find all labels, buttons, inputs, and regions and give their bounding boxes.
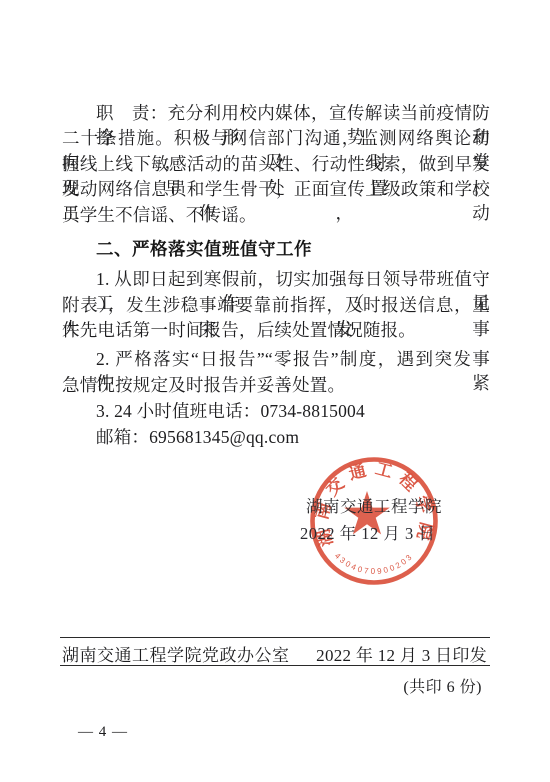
page-number: — 4 — [78,724,128,741]
document-page: 职 责：充分利用校内媒体，宣传解读当前疫情防控形势和 二十条措施。积极与网信部门… [0,0,550,782]
seal-code: 4304070900203 [333,551,415,576]
section-heading: 二、严格落实值班值守工作 [96,236,312,261]
signature-date: 2022 年 12 月 3 日 [300,520,435,544]
colophon-issuer: 湖南交通工程学院党政办公室 [62,641,290,666]
colophon-rule-bottom [60,665,490,666]
email-line: 邮箱：695681345@qq.com [62,425,490,449]
duty-phone-line: 3. 24 小时值班电话：0734-8815004 [62,399,490,423]
colophon-print-date: 2022 年 12 月 3 日印发 [316,641,487,666]
signature-org: 湖南交通工程学院 [306,493,442,517]
colophon-rule-top [60,637,490,638]
svg-text:4304070900203: 4304070900203 [333,551,415,576]
colophon-copies: (共印 6 份) [403,674,482,697]
duty-paragraph-line: 员学生不信谣、不传谣。 [62,203,490,227]
item1-line: 件先电话第一时间报告，后续处置情况随报。 [62,318,490,342]
item2-line: 急情况按规定及时报告并妥善处置。 [62,373,490,397]
